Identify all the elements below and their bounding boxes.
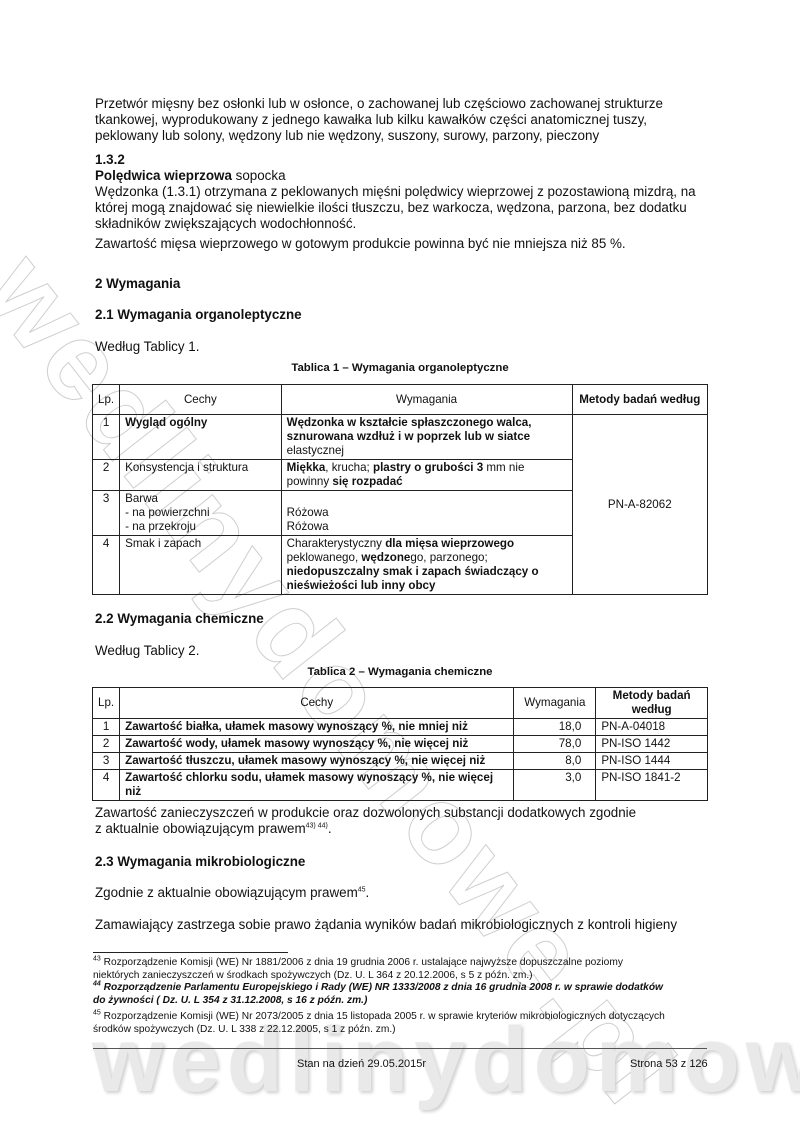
cell-feature: Zawartość tłuszczu, ułamek masowy wynosz…: [120, 753, 514, 770]
cell-value: 8,0: [514, 753, 596, 770]
table1-caption: Tablica 1 – Wymagania organoleptyczne: [93, 362, 707, 374]
footnote-45: 45 Rozporządzenie Komisji (WE) Nr 2073/2…: [93, 1011, 713, 1036]
intro-line: tkankowej, wyprodukowany z jednego kawał…: [95, 112, 715, 128]
meat-content-text: Zawartość mięsa wieprzowego w gotowym pr…: [95, 236, 715, 252]
cell-value: 78,0: [514, 736, 596, 753]
heading-chemical: 2.2 Wymagania chemiczne: [95, 611, 264, 626]
cell-method: PN-ISO 1442: [596, 736, 708, 753]
intro-paragraph: Przetwór mięsny bez osłonki lub w osłonc…: [95, 96, 715, 144]
section-1-3-2: 1.3.2 Polędwica wieprzowa sopocka Wędzon…: [95, 152, 715, 232]
microbiological-text: Zgodnie z aktualnie obowiązującym prawem…: [95, 885, 369, 901]
cell-method: PN-A-82062: [572, 415, 708, 595]
contaminants-paragraph: Zawartość zanieczyszczeń w produkcie ora…: [95, 805, 715, 837]
table2-caption: Tablica 2 – Wymagania chemiczne: [93, 666, 707, 678]
col-features: Cechy: [120, 385, 282, 415]
intro-line: Przetwór mięsny bez osłonki lub w osłonc…: [95, 96, 715, 112]
product-name: Polędwica wieprzowa: [95, 168, 232, 183]
heading-requirements: 2 Wymagania: [95, 276, 180, 291]
table-row: 4 Zawartość chlorku sodu, ułamek masowy …: [93, 770, 708, 801]
table-chemical: Lp. Cechy Wymagania Metody badań według …: [92, 687, 708, 801]
section-number: 1.3.2: [95, 152, 715, 168]
cell-feature: Konsystencja i struktura: [120, 460, 282, 491]
table-row: 3 Zawartość tłuszczu, ułamek masowy wyno…: [93, 753, 708, 770]
cell-value: 3,0: [514, 770, 596, 801]
reserve-text: Zamawiający zastrzega sobie prawo żądani…: [95, 917, 715, 933]
section-title: Polędwica wieprzowa sopocka: [95, 168, 715, 184]
cell-requirement: Różowa Różowa: [281, 491, 572, 536]
footer-page-number: Strona 53 z 126: [630, 1058, 708, 1070]
cell-lp: 4: [93, 536, 120, 595]
table-row: 1 Zawartość białka, ułamek masowy wynosz…: [93, 719, 708, 736]
cell-feature: Zawartość wody, ułamek masowy wynoszący …: [120, 736, 514, 753]
table-header-row: Lp. Cechy Wymagania Metody badań według: [93, 688, 708, 719]
cell-method: PN-ISO 1444: [596, 753, 708, 770]
cell-feature: Barwa - na powierzchni - na przekroju: [120, 491, 282, 536]
cell-lp: 2: [93, 736, 120, 753]
col-methods: Metody badań według: [596, 688, 708, 719]
col-requirements: Wymagania: [281, 385, 572, 415]
cell-lp: 2: [93, 460, 120, 491]
intro-line: peklowany lub solony, wędzony lub nie wę…: [95, 128, 715, 144]
footnote-separator: [93, 952, 288, 953]
cell-method: PN-A-04018: [596, 719, 708, 736]
col-features: Cechy: [120, 688, 514, 719]
heading-microbiological: 2.3 Wymagania mikrobiologiczne: [95, 854, 305, 869]
cell-feature: Smak i zapach: [120, 536, 282, 595]
footnote-ref[interactable]: 45: [358, 887, 366, 894]
product-name-suffix: sopocka: [232, 168, 286, 183]
table-header-row: Lp. Cechy Wymagania Metody badań według: [93, 385, 708, 415]
desc-line: Wędzonka (1.3.1) otrzymana z peklowanych…: [95, 184, 715, 200]
table2-reference: Według Tablicy 2.: [95, 643, 199, 659]
cell-method: PN-ISO 1841-2: [596, 770, 708, 801]
cell-lp: 1: [93, 415, 120, 460]
cell-requirement: Charakterystyczny dla mięsa wieprzowego …: [281, 536, 572, 595]
footer-date: Stan na dzień 29.05.2015r: [297, 1058, 426, 1070]
col-methods: Metody badań według: [572, 385, 708, 415]
cell-feature: Wygląd ogólny: [120, 415, 282, 460]
cell-feature: Zawartość białka, ułamek masowy wynosząc…: [120, 719, 514, 736]
table1-reference: Według Tablicy 1.: [95, 339, 199, 355]
cell-requirement: Miękka, krucha; plastry o grubości 3 mm …: [281, 460, 572, 491]
cell-value: 18,0: [514, 719, 596, 736]
col-requirements: Wymagania: [514, 688, 596, 719]
footnote-43: 43 Rozporządzenie Komisji (WE) Nr 1881/2…: [93, 957, 713, 982]
col-lp: Lp.: [93, 385, 120, 415]
req-rest: elastycznej: [287, 444, 344, 457]
desc-line: składników zwiększających wodochłonność.: [95, 216, 715, 232]
table-row: 2 Zawartość wody, ułamek masowy wynosząc…: [93, 736, 708, 753]
heading-organoleptic: 2.1 Wymagania organoleptyczne: [95, 307, 302, 322]
contaminants-line: Zawartość zanieczyszczeń w produkcie ora…: [95, 805, 715, 821]
footnote-44: 44 Rozporządzenie Parlamentu Europejskie…: [93, 982, 713, 1007]
cell-lp: 3: [93, 491, 120, 536]
document-page: Przetwór mięsny bez osłonki lub w osłonc…: [0, 0, 800, 1132]
cell-lp: 4: [93, 770, 120, 801]
table-organoleptic: Lp. Cechy Wymagania Metody badań według …: [92, 384, 708, 595]
footnote-ref[interactable]: 43) 44): [306, 823, 328, 830]
footer-divider: [93, 1048, 707, 1049]
cell-feature: Zawartość chlorku sodu, ułamek masowy wy…: [120, 770, 514, 801]
cell-requirement: Wędzonka w kształcie spłaszczonego walca…: [281, 415, 572, 460]
desc-line: której mogą znajdować się niewielkie ilo…: [95, 200, 715, 216]
table-row: 1 Wygląd ogólny Wędzonka w kształcie spł…: [93, 415, 708, 460]
cell-lp: 3: [93, 753, 120, 770]
contaminants-line: z aktualnie obowiązującym prawem43) 44).: [95, 821, 715, 837]
cell-lp: 1: [93, 719, 120, 736]
col-lp: Lp.: [93, 688, 120, 719]
